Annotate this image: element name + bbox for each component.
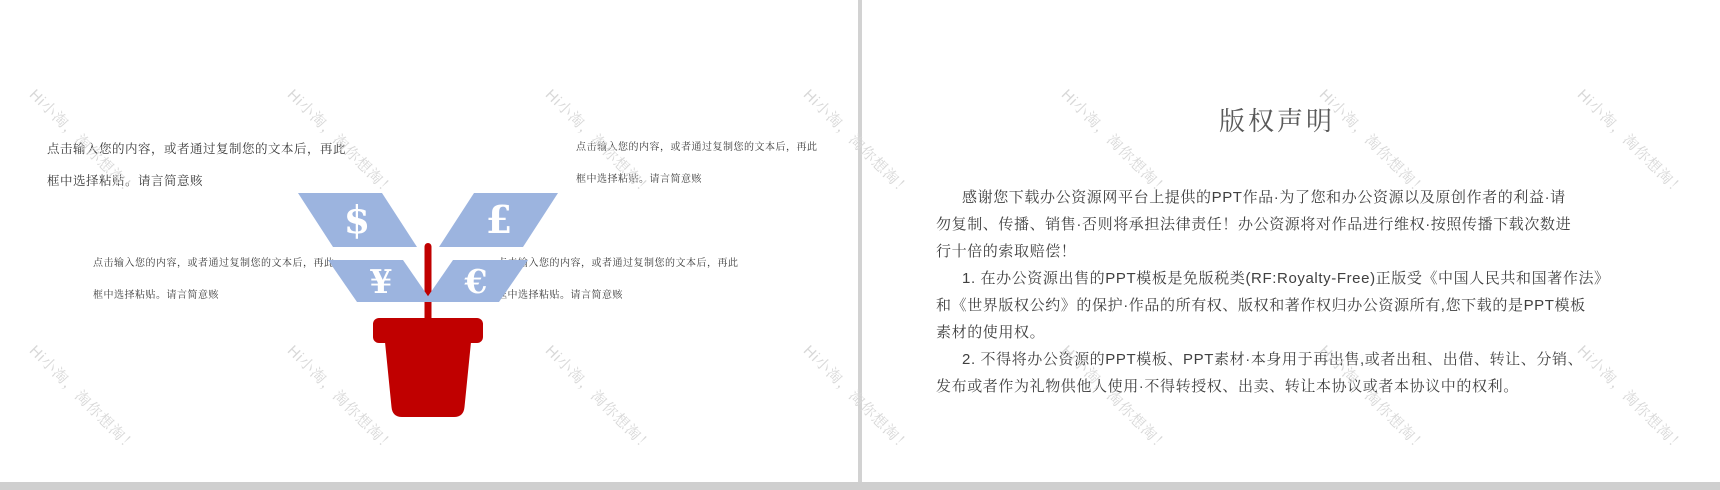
copyright-line: 行十倍的索取赔偿！ <box>936 238 1652 265</box>
pot-rim-shape <box>373 318 483 343</box>
slide-right: 版权声明 感谢您下载办公资源网平台上提供的PPT作品·为了您和办公资源以及原创作… <box>862 0 1720 482</box>
copyright-line: 1. 在办公资源出售的PPT模板是免版税类(RF:Royalty-Free)正版… <box>936 265 1652 292</box>
bottom-gray-bar <box>0 482 1720 490</box>
euro-icon: € <box>464 262 488 301</box>
copyright-line: 发布或者作为礼物供他人使用·不得转授权、出卖、转让本协议或者本协议中的权利。 <box>936 373 1652 400</box>
copyright-body: 感谢您下载办公资源网平台上提供的PPT作品·为了您和办公资源以及原创作者的利益·… <box>936 184 1652 400</box>
pound-icon: £ <box>486 197 512 242</box>
copyright-line: 勿复制、传播、销售·否则将承担法律责任！办公资源将对作品进行维权·按照传播下载次… <box>936 211 1652 238</box>
pot-body-shape <box>385 342 471 417</box>
copyright-line: 素材的使用权。 <box>936 319 1652 346</box>
copyright-line: 和《世界版权公约》的保护·作品的所有权、版权和著作权归办公资源所有,您下载的是P… <box>936 292 1652 319</box>
copyright-line: 感谢您下载办公资源网平台上提供的PPT作品·为了您和办公资源以及原创作者的利益·… <box>936 184 1652 211</box>
dollar-icon: $ <box>344 197 370 242</box>
money-pot-diagram: $ £ ¥ € <box>0 0 858 482</box>
copyright-title: 版权声明 <box>862 101 1692 138</box>
plant-stem-shape <box>425 243 432 325</box>
copyright-line: 2. 不得将办公资源的PPT模板、PPT素材·本身用于再出售,或者出租、出借、转… <box>936 346 1652 373</box>
yen-icon: ¥ <box>370 262 393 301</box>
slide-left: 点击输入您的内容，或者通过复制您的文本后，再此 框中选择粘贴。请言简意赅 点击输… <box>0 0 858 482</box>
